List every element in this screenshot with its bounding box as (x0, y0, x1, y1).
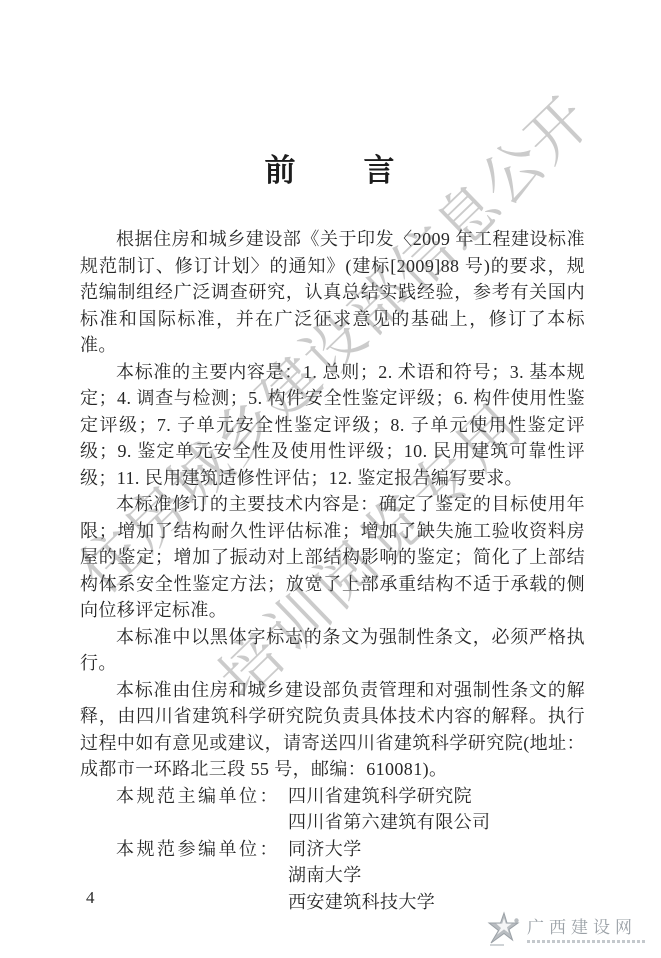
chief-editor-row: 本规范主编单位： 四川省建筑科学研究院 四川省第六建筑有限公司 (80, 783, 585, 836)
chief-editor-label: 本规范主编单位： (116, 783, 288, 810)
page-number: 4 (86, 888, 95, 908)
paragraph-administration: 本标准由住房和城乡建设部负责管理和对强制性条文的解释，由四川省建筑科学研究院负责… (80, 677, 585, 783)
logo-site-name: 广西建设网 (527, 919, 647, 937)
paragraph-main-contents: 本标准的主要内容是：1. 总则；2. 术语和符号；3. 基本规定；4. 调查与检… (80, 359, 585, 492)
participating-unit: 同济大学 (288, 836, 435, 863)
logo-text-column: 广西建设网 (527, 910, 647, 943)
paragraph-mandatory-clauses: 本标准中以黑体字标志的条文为强制性条文，必须严格执行。 (80, 624, 585, 677)
page-title: 前 言 (0, 0, 661, 192)
document-page: 前 言 根据住房和城乡建设部《关于印发〈2009 年工程建设标准规范制订、修订计… (0, 0, 661, 958)
paragraph-revision-contents: 本标准修订的主要技术内容是：确定了鉴定的目标使用年限；增加了结构耐久性评估标准；… (80, 491, 585, 624)
chief-editor-units: 四川省建筑科学研究院 四川省第六建筑有限公司 (288, 783, 490, 836)
logo-tagline-line (527, 940, 647, 943)
star-icon (483, 910, 523, 950)
chief-unit: 四川省建筑科学研究院 (288, 783, 490, 810)
chief-unit: 四川省第六建筑有限公司 (288, 809, 490, 836)
participating-editor-units: 同济大学 湖南大学 西安建筑科技大学 (288, 836, 435, 916)
participating-editor-row: 本规范参编单位： 同济大学 湖南大学 西安建筑科技大学 (80, 836, 585, 916)
participating-unit: 湖南大学 (288, 862, 435, 889)
preface-body: 根据住房和城乡建设部《关于印发〈2009 年工程建设标准规范制订、修订计划〉的通… (80, 226, 585, 915)
credits-section: 本规范主编单位： 四川省建筑科学研究院 四川省第六建筑有限公司 本规范参编单位：… (80, 783, 585, 916)
paragraph-basis: 根据住房和城乡建设部《关于印发〈2009 年工程建设标准规范制订、修订计划〉的通… (80, 226, 585, 359)
site-logo: 广西建设网 (483, 910, 647, 950)
participating-editor-label: 本规范参编单位： (116, 836, 288, 863)
participating-unit: 西安建筑科技大学 (288, 889, 435, 916)
